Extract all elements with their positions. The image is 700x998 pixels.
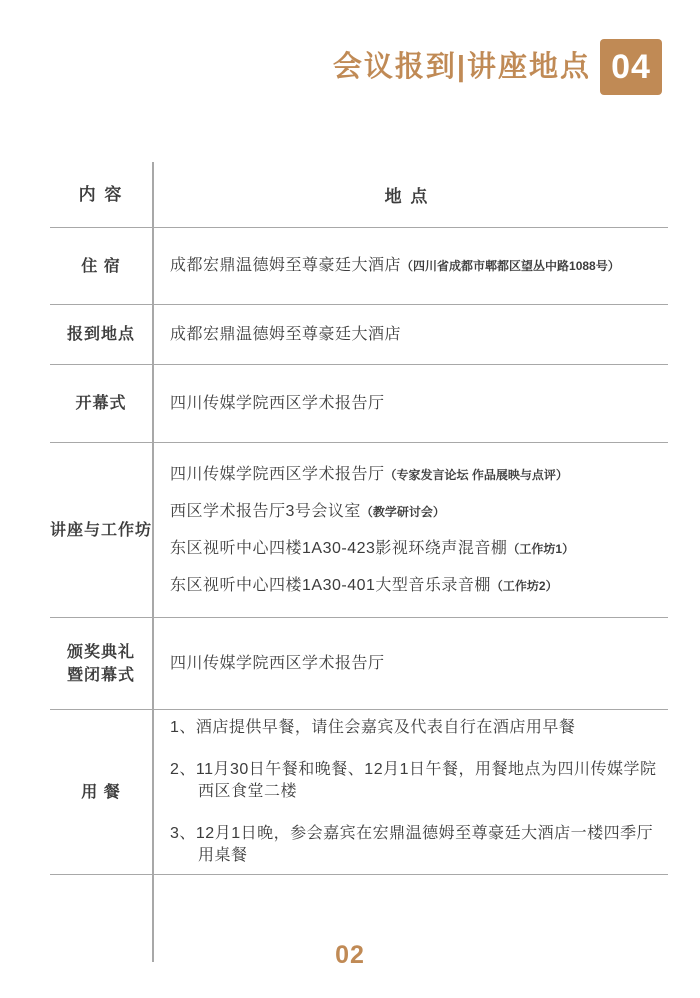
location-note: （专家发言论坛 作品展映与点评）: [385, 468, 568, 482]
row-location-cell: 成都宏鼎温德姆至尊豪廷大酒店（四川省成都市郫都区望丛中路1088号）: [152, 228, 668, 304]
row-label: 住 宿: [50, 228, 152, 304]
location-text: 四川传媒学院西区学术报告厅: [170, 655, 385, 672]
location-text: 四川传媒学院西区学术报告厅: [170, 466, 385, 483]
column-header-location: 地 点: [152, 162, 668, 227]
table-row-awards-closing: 颁奖典礼 暨闭幕式 四川传媒学院西区学术报告厅: [50, 618, 668, 710]
section-number-badge: 04: [600, 39, 662, 95]
location-text: 东区视听中心四楼1A30-401大型音乐录音棚: [170, 577, 491, 594]
location-table: 内 容 地 点 住 宿 成都宏鼎温德姆至尊豪廷大酒店（四川省成都市郫都区望丛中路…: [50, 162, 668, 875]
row-label: 用 餐: [50, 710, 152, 874]
table-row-meals: 用 餐 1、酒店提供早餐，请住会嘉宾及代表自行在酒店用早餐 2、11月30日午餐…: [50, 710, 668, 875]
location-note: （工作坊1）: [507, 542, 574, 556]
location-line: 成都宏鼎温德姆至尊豪廷大酒店（四川省成都市郫都区望丛中路1088号）: [170, 255, 662, 277]
row-label: 讲座与工作坊: [50, 443, 152, 617]
row-label: 颁奖典礼 暨闭幕式: [50, 618, 152, 709]
location-text: 成都宏鼎温德姆至尊豪廷大酒店: [170, 326, 401, 343]
page-header: 会议报到|讲座地点 04: [333, 39, 662, 95]
location-text: 东区视听中心四楼1A30-423影视环绕声混音棚: [170, 540, 507, 557]
column-header-content: 内 容: [50, 162, 152, 227]
row-label: 报到地点: [50, 305, 152, 364]
page-number: 02: [0, 941, 700, 970]
row-location-cell: 1、酒店提供早餐，请住会嘉宾及代表自行在酒店用早餐 2、11月30日午餐和晚餐、…: [152, 710, 668, 874]
row-location-cell: 四川传媒学院西区学术报告厅: [152, 365, 668, 442]
table-header-row: 内 容 地 点: [50, 162, 668, 228]
row-label: 开幕式: [50, 365, 152, 442]
location-line: 四川传媒学院西区学术报告厅（专家发言论坛 作品展映与点评）: [170, 464, 662, 486]
location-note: （工作坊2）: [491, 579, 558, 593]
meal-item: 3、12月1日晚，参会嘉宾在宏鼎温德姆至尊豪廷大酒店一楼四季厅用桌餐: [170, 823, 662, 867]
location-note: （四川省成都市郫都区望丛中路1088号）: [401, 259, 620, 273]
location-text: 成都宏鼎温德姆至尊豪廷大酒店: [170, 257, 401, 274]
location-note: （教学研讨会）: [361, 505, 445, 519]
table-row-accommodation: 住 宿 成都宏鼎温德姆至尊豪廷大酒店（四川省成都市郫都区望丛中路1088号）: [50, 228, 668, 305]
location-line: 东区视听中心四楼1A30-401大型音乐录音棚（工作坊2）: [170, 575, 662, 597]
meal-item: 1、酒店提供早餐，请住会嘉宾及代表自行在酒店用早餐: [170, 717, 662, 739]
location-line: 东区视听中心四楼1A30-423影视环绕声混音棚（工作坊1）: [170, 538, 662, 560]
location-line: 西区学术报告厅3号会议室（教学研讨会）: [170, 501, 662, 523]
location-text: 西区学术报告厅3号会议室: [170, 503, 361, 520]
table-row-opening-ceremony: 开幕式 四川传媒学院西区学术报告厅: [50, 365, 668, 443]
table-row-registration: 报到地点 成都宏鼎温德姆至尊豪廷大酒店: [50, 305, 668, 365]
page-title: 会议报到|讲座地点: [333, 39, 591, 95]
location-line: 成都宏鼎温德姆至尊豪廷大酒店: [170, 324, 662, 346]
location-line: 四川传媒学院西区学术报告厅: [170, 653, 662, 675]
location-line: 四川传媒学院西区学术报告厅: [170, 393, 662, 415]
table-row-lectures-workshops: 讲座与工作坊 四川传媒学院西区学术报告厅（专家发言论坛 作品展映与点评） 西区学…: [50, 443, 668, 618]
row-location-cell: 四川传媒学院西区学术报告厅（专家发言论坛 作品展映与点评） 西区学术报告厅3号会…: [152, 443, 668, 617]
location-text: 四川传媒学院西区学术报告厅: [170, 395, 385, 412]
meal-item: 2、11月30日午餐和晚餐、12月1日午餐，用餐地点为四川传媒学院西区食堂二楼: [170, 759, 662, 803]
row-location-cell: 四川传媒学院西区学术报告厅: [152, 618, 668, 709]
table-column-divider: [152, 162, 154, 962]
row-location-cell: 成都宏鼎温德姆至尊豪廷大酒店: [152, 305, 668, 364]
